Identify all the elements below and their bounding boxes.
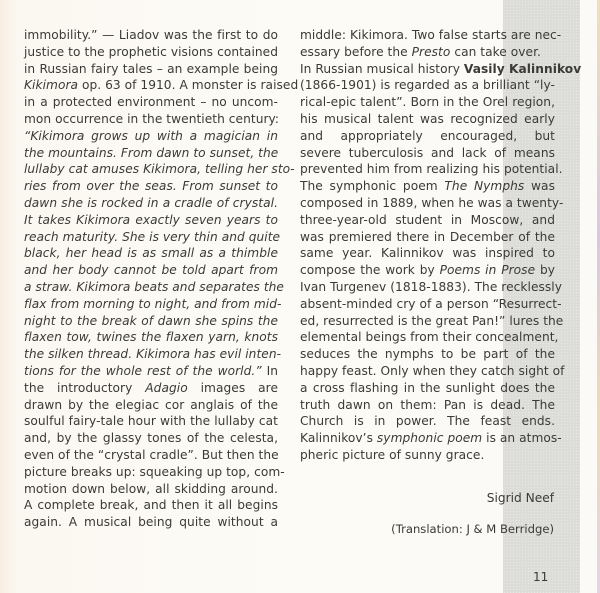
booklet-page: immobility.” — Liadov was the first to d… [0,0,600,593]
text-line: absent-minded cry of a person “Resurrect… [300,296,555,313]
page-number: 11 [533,570,548,584]
text-line: motion down below, all skidding around. [24,481,278,498]
text-line: In Russian musical history Vasily Kalinn… [300,61,555,78]
text-line: the mountains. From dawn to sunset, the [24,145,278,162]
text-line: dawn she is rocked in a cradle of crysta… [24,195,278,212]
text-line: lullaby cat amuses Kikimora, telling her… [24,161,278,178]
author-signature: Sigrid Neef [487,491,554,505]
text-line: seduces the nymphs to be part of the [300,346,555,363]
text-line: night to the break of dawn she spins the [24,313,278,330]
text-line: and appropriately encouraged, but [300,128,555,145]
text-line: compose the work by Poems in Prose by [300,262,555,279]
text-line: essary before the Presto can take over. [300,44,555,61]
text-line: happy feast. Only when they catch sight … [300,363,555,380]
text-line: pheric picture of sunny grace. [300,447,555,464]
text-line: in a protected environment – no uncom- [24,94,278,111]
text-line: composed in 1889, when he was a twenty- [300,195,555,212]
text-line: severe tuberculosis and lack of means [300,145,555,162]
text-line: tions for the whole rest of the world.” … [24,363,278,380]
text-line: reach maturity. She is very thin and qui… [24,229,278,246]
text-line: ed, resurrected is the great Pan!” lures… [300,313,555,330]
text-line: three-year-old student in Moscow, and [300,212,555,229]
text-line: a straw. Kikimora beats and separates th… [24,279,278,296]
text-line: and her body cannot be told apart from [24,262,278,279]
text-line: immobility.” — Liadov was the first to d… [24,27,278,44]
text-line: a cross flashing in the sunlight does th… [300,380,555,397]
text-line: was premiered there in December of the [300,229,555,246]
text-line: “Kikimora grows up with a magician in [24,128,278,145]
text-line: drawn by the elegiac cor anglais of the [24,397,278,414]
text-line: middle: Kikimora. Two false starts are n… [300,27,555,44]
text-line: elemental beings from their concealment, [300,329,555,346]
text-line: even of the “crystal cradle”. But then t… [24,447,278,464]
text-line: soulful fairy-tale hour with the lullaby… [24,413,278,430]
text-line: (1866-1901) is regarded as a brilliant “… [300,77,555,94]
text-line: and, by the glassy tones of the celesta, [24,430,278,447]
text-line: mon occurrence in the twentieth century: [24,111,278,128]
text-line: justice to the prophetic visions contain… [24,44,278,61]
text-line: picture breaks up: squeaking up top, com… [24,464,278,481]
text-line: It takes Kikimora exactly seven years to [24,212,278,229]
text-line: truth dawn on them: Pan is dead. The [300,397,555,414]
text-line: flaxen tow, twines the flaxen yarn, knot… [24,329,278,346]
text-line: his musical talent was recognized early [300,111,555,128]
text-line: Ivan Turgenev (1818-1883). The recklessl… [300,279,555,296]
right-text-column: middle: Kikimora. Two false starts are n… [300,27,555,464]
text-line: prevented him from realizing his potenti… [300,161,555,178]
text-line: A complete break, and then it all begins [24,497,278,514]
text-line: Kikimora op. 63 of 1910. A monster is ra… [24,77,278,94]
text-line: again. A musical being quite without a [24,514,278,531]
left-text-column: immobility.” — Liadov was the first to d… [24,27,278,531]
text-line: flax from morning to night, and from mid… [24,296,278,313]
text-line: Kalinnikov’s symphonic poem is an atmos- [300,430,555,447]
text-line: ries from over the seas. From sunset to [24,178,278,195]
text-line: the silken thread. Kikimora has evil int… [24,346,278,363]
text-line: same year. Kalinnikov was inspired to [300,245,555,262]
translation-credit: (Translation: J & M Berridge) [391,522,554,536]
text-line: Church is in power. The feast ends. [300,413,555,430]
text-line: The symphonic poem The Nymphs was [300,178,555,195]
text-line: rical-epic talent”. Born in the Orel reg… [300,94,555,111]
text-line: black, her head is as small as a thimble [24,245,278,262]
text-line: the introductory Adagio images are [24,380,278,397]
text-line: in Russian fairy tales – an example bein… [24,61,278,78]
